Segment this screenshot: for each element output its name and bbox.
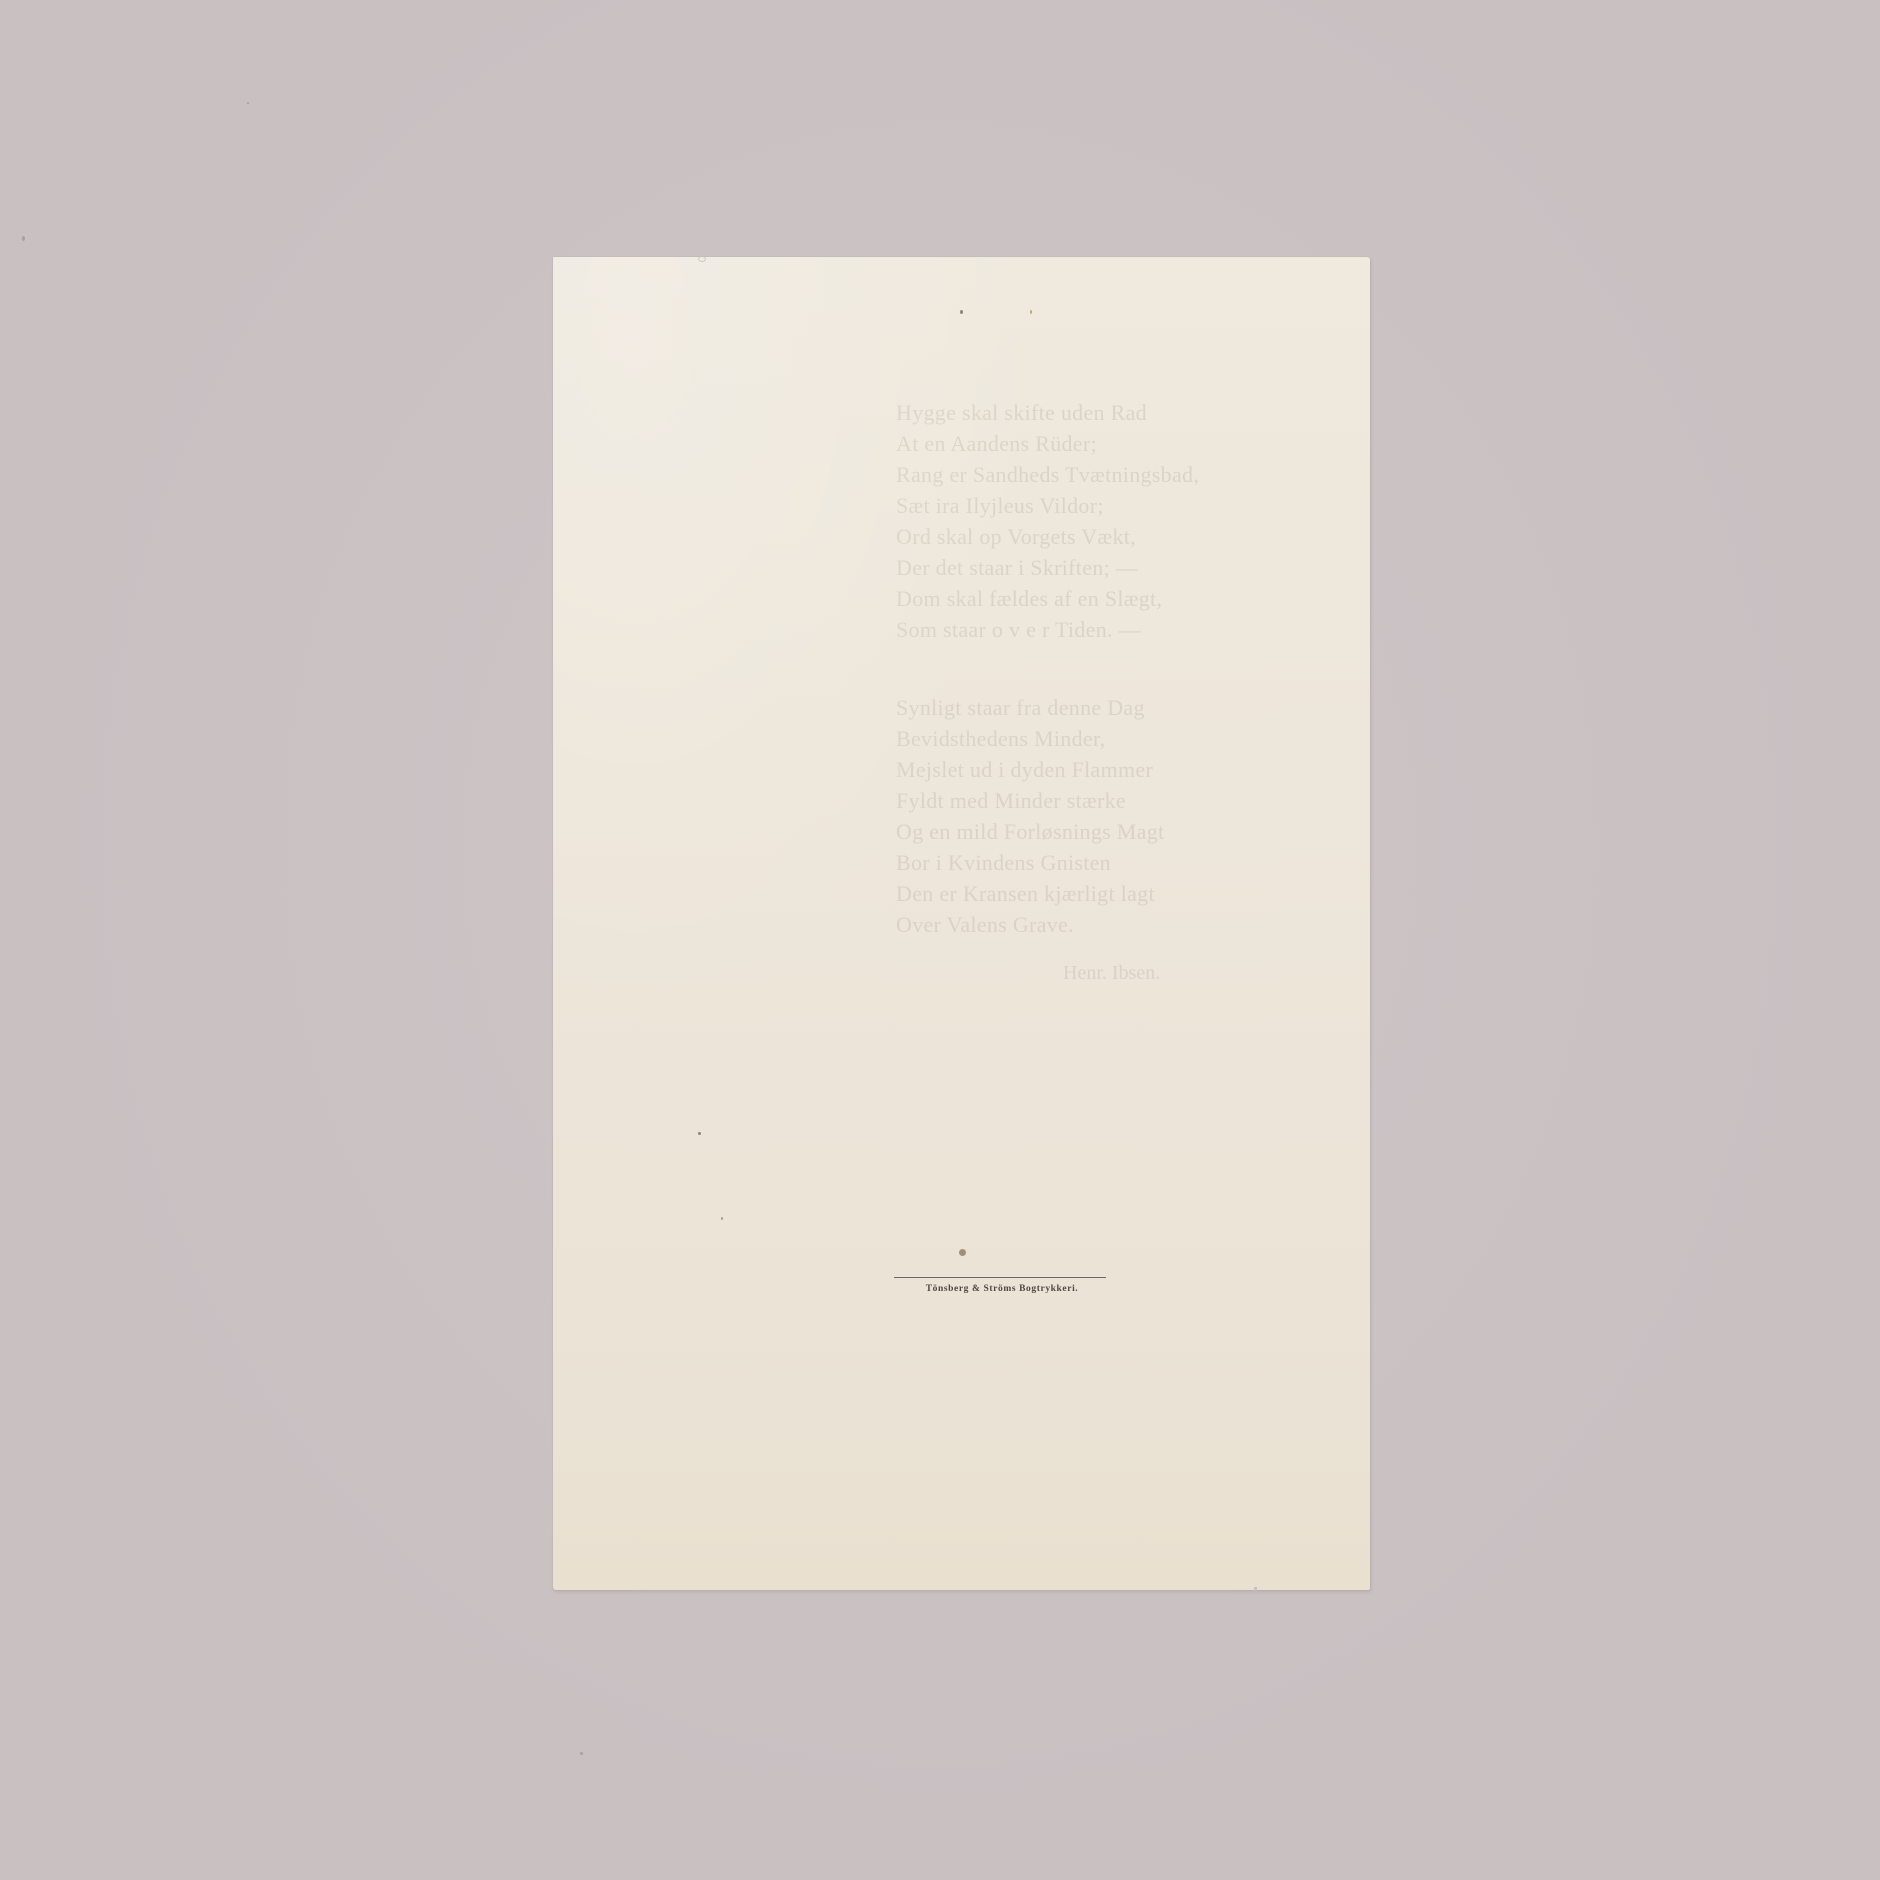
verse-line: Over Valens Grave.: [896, 909, 1164, 940]
verse-line: Bor i Kvindens Gnisten: [896, 847, 1164, 878]
verse-line: Den er Kransen kjærligt lagt: [896, 878, 1164, 909]
torn-edge: [1254, 1587, 1257, 1591]
verse-line: Bevidsthedens Minder,: [896, 723, 1164, 754]
verse-line: Hygge skal skifte uden Rad: [896, 397, 1199, 428]
showthrough-signature: Henr. Ibsen.: [933, 962, 1160, 985]
imprint-rule: [894, 1277, 1106, 1278]
showthrough-stanza-2: Synligt staar fra denne Dag Bevidstheden…: [896, 692, 1164, 940]
paper-speck: [698, 1132, 701, 1135]
verse-line: Der det staar i Skriften; —: [896, 552, 1199, 583]
printer-imprint: Tönsberg & Ströms Bogtrykkeri.: [896, 1284, 1108, 1294]
verse-line: Synligt staar fra denne Dag: [896, 692, 1164, 723]
verse-line: At en Aandens Rüder;: [896, 428, 1199, 459]
verse-line: Dom skal fældes af en Slægt,: [896, 583, 1199, 614]
verse-line: Fyldt med Minder stærke: [896, 785, 1164, 816]
verse-line: Og en mild Forløsnings Magt: [896, 816, 1164, 847]
dust-speck: [22, 236, 25, 241]
printed-sheet: Hygge skal skifte uden Rad At en Aandens…: [553, 257, 1370, 1590]
dust-speck: [247, 102, 249, 104]
paper-speck: [1030, 310, 1032, 314]
verse-line: Sæt ira Ilyjleus Vildor;: [896, 490, 1199, 521]
paper-speck: [960, 310, 963, 314]
paper-speck: [698, 256, 706, 262]
paper-speck: [959, 1249, 966, 1256]
verse-line: Rang er Sandheds Tvætningsbad,: [896, 459, 1199, 490]
showthrough-stanza-1: Hygge skal skifte uden Rad At en Aandens…: [896, 397, 1199, 645]
verse-line: Som staar o v e r Tiden. —: [896, 614, 1199, 645]
dust-speck: [580, 1752, 583, 1755]
paper-speck: [721, 1217, 723, 1220]
verse-line: Mejslet ud i dyden Flammer: [896, 754, 1164, 785]
verse-line: Ord skal op Vorgets Vækt,: [896, 521, 1199, 552]
